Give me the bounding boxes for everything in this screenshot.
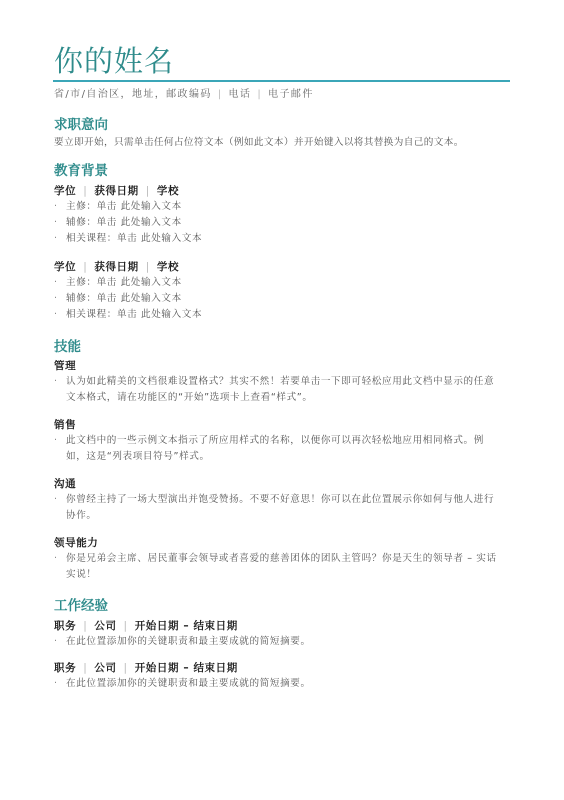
bullet-icon: ·: [54, 676, 58, 692]
separator: |: [257, 89, 262, 100]
separator: |: [124, 620, 128, 632]
separator: |: [146, 261, 150, 273]
separator: |: [83, 620, 87, 632]
separator: |: [83, 261, 87, 273]
education-bullet[interactable]: ·辅修：单击 此处输入文本: [54, 215, 510, 231]
bullet-icon: ·: [54, 551, 58, 567]
education-entry-header[interactable]: 学位|获得日期|学校: [54, 260, 179, 274]
skill-title-management[interactable]: 管理: [54, 359, 76, 373]
bullet-icon: ·: [54, 231, 58, 247]
skill-bullet[interactable]: ·你是兄弟会主席、居民董事会领导或者喜爱的慈善团体的团队主管吗？你是天生的领导者…: [54, 551, 510, 583]
separator: |: [83, 185, 87, 197]
objective-text[interactable]: 要立即开始，只需单击任何占位符文本（例如此文本）并开始键入以将其替换为自己的文本…: [54, 136, 464, 150]
skill-bullet[interactable]: ·此文档中的一些示例文本指示了所应用样式的名称，以便你可以再次轻松地应用相同格式…: [54, 433, 510, 465]
bullet-icon: ·: [54, 433, 58, 449]
objective-heading: 求职意向: [54, 117, 108, 133]
school: 学校: [157, 185, 179, 197]
skill-bullet[interactable]: ·你曾经主持了一场大型演出并饱受赞扬。不要不好意思！你可以在此位置展示你如何与他…: [54, 492, 510, 524]
skill-title-leadership[interactable]: 领导能力: [54, 536, 98, 550]
bullet-icon: ·: [54, 307, 58, 323]
degree: 学位: [54, 185, 76, 197]
contact-phone[interactable]: 电话: [229, 89, 252, 100]
bullet-icon: ·: [54, 492, 58, 508]
degree: 学位: [54, 261, 76, 273]
separator: |: [218, 89, 223, 100]
contact-address[interactable]: 省/市/自治区，地址，邮政编码: [54, 89, 212, 100]
education-bullet[interactable]: ·主修：单击 此处输入文本: [54, 275, 510, 291]
bullet-icon: ·: [54, 374, 58, 390]
bullet-icon: ·: [54, 215, 58, 231]
job-title: 职务: [54, 620, 76, 632]
skill-bullet[interactable]: ·认为如此精美的文档很难设置格式？其实不然！若要单击一下即可轻松应用此文档中显示…: [54, 374, 510, 406]
separator: |: [146, 185, 150, 197]
education-entry-header[interactable]: 学位|获得日期|学校: [54, 184, 179, 198]
company: 公司: [94, 620, 116, 632]
experience-entry-header[interactable]: 职务|公司|开始日期 – 结束日期: [54, 661, 238, 675]
date-earned: 获得日期: [94, 185, 138, 197]
date-earned: 获得日期: [94, 261, 138, 273]
education-bullet[interactable]: ·辅修：单击 此处输入文本: [54, 291, 510, 307]
experience-bullet[interactable]: ·在此位置添加你的关键职责和最主要成就的简短摘要。: [54, 676, 510, 692]
skill-title-sales[interactable]: 销售: [54, 418, 76, 432]
date-range: 开始日期 – 结束日期: [135, 662, 238, 674]
header-rule-divider: [53, 80, 510, 82]
experience-heading: 工作经验: [54, 598, 108, 614]
school: 学校: [157, 261, 179, 273]
job-title: 职务: [54, 662, 76, 674]
skill-title-communication[interactable]: 沟通: [54, 477, 76, 491]
bullet-icon: ·: [54, 634, 58, 650]
company: 公司: [94, 662, 116, 674]
education-bullet[interactable]: ·相关课程：单击 此处输入文本: [54, 231, 510, 247]
contact-email[interactable]: 电子邮件: [268, 89, 314, 100]
experience-bullet[interactable]: ·在此位置添加你的关键职责和最主要成就的简短摘要。: [54, 634, 510, 650]
education-bullet[interactable]: ·相关课程：单击 此处输入文本: [54, 307, 510, 323]
separator: |: [124, 662, 128, 674]
education-bullet[interactable]: ·主修：单击 此处输入文本: [54, 199, 510, 215]
skills-heading: 技能: [54, 339, 81, 355]
date-range: 开始日期 – 结束日期: [135, 620, 238, 632]
separator: |: [83, 662, 87, 674]
experience-entry-header[interactable]: 职务|公司|开始日期 – 结束日期: [54, 619, 238, 633]
name-title[interactable]: 你的姓名: [54, 44, 174, 78]
bullet-icon: ·: [54, 275, 58, 291]
bullet-icon: ·: [54, 199, 58, 215]
bullet-icon: ·: [54, 291, 58, 307]
education-heading: 教育背景: [54, 163, 108, 179]
contact-line: 省/市/自治区，地址，邮政编码|电话|电子邮件: [54, 88, 314, 102]
